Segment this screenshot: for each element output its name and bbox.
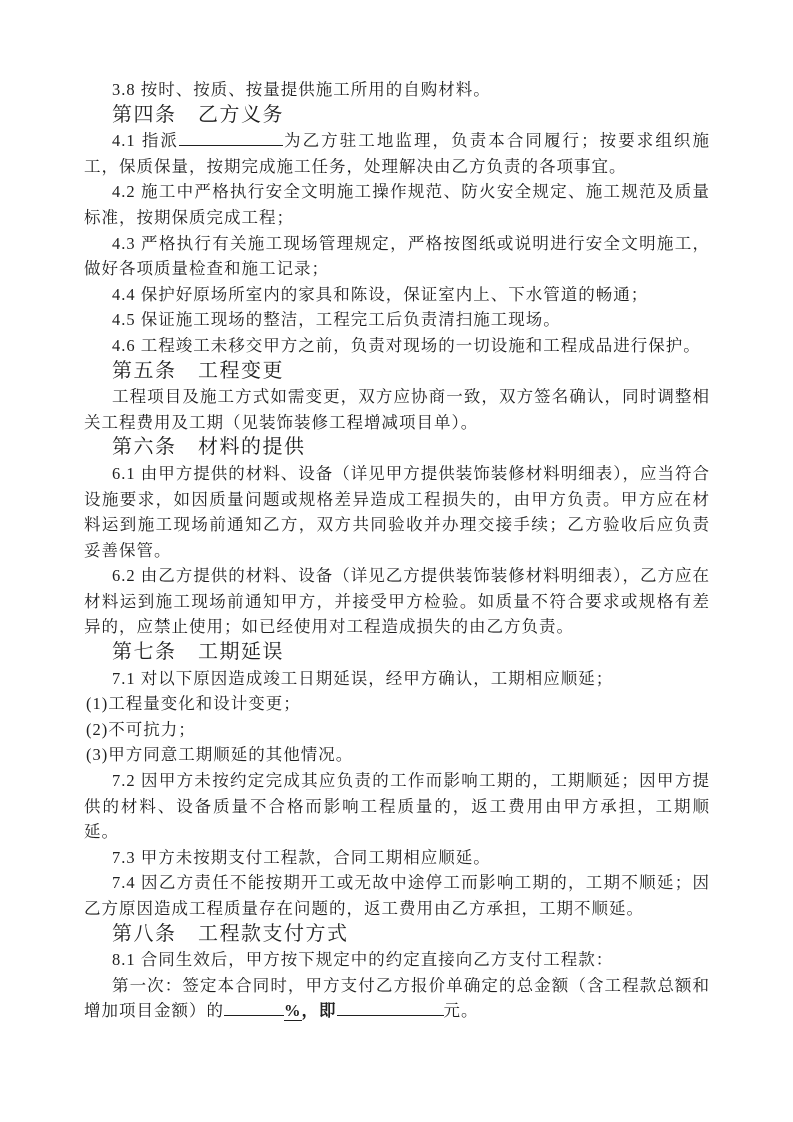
text-segment: 7.4 因乙方责任不能按期开工或无故中途停工而影响工期的，工期不顺延；因乙方原因…	[84, 873, 710, 918]
text-segment: 第八条 工程款支付方式	[112, 923, 349, 945]
text-segment: 4.2 施工中严格执行安全文明施工操作规范、防火安全规定、施工规范及质量标准，按…	[84, 182, 710, 227]
clause-4-1: 4.1 指派为乙方驻工地监理，负责本合同履行；按要求组织施工，保质保量，按期完成…	[84, 128, 710, 179]
clause-4-2: 4.2 施工中严格执行安全文明施工操作规范、防火安全规定、施工规范及质量标准，按…	[84, 179, 710, 230]
heading-article-5: 第五条 工程变更	[84, 359, 710, 385]
fill-in-blank	[224, 999, 284, 1017]
text-segment: (1)工程量变化和设计变更；	[86, 694, 301, 713]
clause-8-1: 8.1 合同生效后，甲方按下规定中的约定直接向乙方支付工程款：	[84, 947, 710, 973]
fill-in-blank	[337, 999, 444, 1017]
clause-8-1-first-payment: 第一次：签定本合同时，甲方支付乙方报价单确定的总金额（含工程款总额和增加项目金额…	[84, 973, 710, 1024]
clause-6-1: 6.1 由甲方提供的材料、设备（详见甲方提供装饰装修材料明细表），应当符合设施要…	[84, 461, 710, 563]
text-segment: 4.1 指派	[112, 131, 179, 150]
text-segment: 6.2 由乙方提供的材料、设备（详见乙方提供装饰装修材料明细表），乙方应在材料运…	[84, 566, 710, 636]
clause-7-4: 7.4 因乙方责任不能按期开工或无故中途停工而影响工期的，工期不顺延；因乙方原因…	[84, 870, 710, 921]
text-segment: 4.6 工程竣工未移交甲方之前，负责对现场的一切设施和工程成品进行保护。	[112, 336, 701, 355]
text-segment: 7.2 因甲方未按约定完成其应负责的工作而影响工期的，工期顺延；因甲方提供的材料…	[84, 771, 710, 841]
text-segment: 工程项目及施工方式如需变更，双方应协商一致，双方签名确认，同时调整相关工程费用及…	[84, 387, 710, 432]
text-segment: (2)不可抗力；	[86, 720, 196, 739]
clause-4-6: 4.6 工程竣工未移交甲方之前，负责对现场的一切设施和工程成品进行保护。	[84, 333, 710, 359]
text-segment: 3.8 按时、按质、按量提供施工所用的自购材料。	[112, 80, 491, 99]
fill-in-blank	[179, 129, 283, 147]
document-body: 3.8 按时、按质、按量提供施工所用的自购材料。第四条 乙方义务4.1 指派为乙…	[0, 0, 793, 1024]
clause-5-body: 工程项目及施工方式如需变更，双方应协商一致，双方签名确认，同时调整相关工程费用及…	[84, 384, 710, 435]
text-segment: 第六条 材料的提供	[112, 436, 306, 458]
text-segment: ，即	[302, 1001, 337, 1020]
heading-article-6: 第六条 材料的提供	[84, 435, 710, 461]
clause-7-1-item-2: (2)不可抗力；	[84, 717, 710, 743]
heading-article-7: 第七条 工期延误	[84, 640, 710, 666]
heading-article-8: 第八条 工程款支付方式	[84, 922, 710, 948]
text-segment: 7.1 对以下原因造成竣工日期延误，经甲方确认，工期相应顺延；	[112, 669, 613, 688]
clause-4-3: 4.3 严格执行有关施工现场管理规定，严格按图纸或说明进行安全文明施工，做好各项…	[84, 231, 710, 282]
clause-6-2: 6.2 由乙方提供的材料、设备（详见乙方提供装饰装修材料明细表），乙方应在材料运…	[84, 563, 710, 640]
text-segment: 第七条 工期延误	[112, 641, 284, 663]
text-segment: 4.4 保护好原场所室内的家具和陈设，保证室内上、下水管道的畅通；	[112, 285, 648, 304]
text-segment: 8.1 合同生效后，甲方按下规定中的约定直接向乙方支付工程款：	[112, 950, 613, 969]
text-segment: 第五条 工程变更	[112, 360, 284, 382]
clause-3-8: 3.8 按时、按质、按量提供施工所用的自购材料。	[84, 77, 710, 103]
clause-7-3: 7.3 甲方未按期支付工程款，合同工期相应顺延。	[84, 845, 710, 871]
clause-7-2: 7.2 因甲方未按约定完成其应负责的工作而影响工期的，工期顺延；因甲方提供的材料…	[84, 768, 710, 845]
clause-7-1-item-1: (1)工程量变化和设计变更；	[84, 691, 710, 717]
text-segment: (3)甲方同意工期顺延的其他情况。	[86, 745, 353, 764]
heading-article-4: 第四条 乙方义务	[84, 103, 710, 129]
text-segment: 元。	[444, 1001, 479, 1020]
text-segment: 6.1 由甲方提供的材料、设备（详见甲方提供装饰装修材料明细表），应当符合设施要…	[84, 464, 710, 560]
document-page: 3.8 按时、按质、按量提供施工所用的自购材料。第四条 乙方义务4.1 指派为乙…	[0, 0, 793, 1122]
text-segment: 第四条 乙方义务	[112, 104, 284, 126]
text-segment: %	[284, 1001, 302, 1021]
clause-7-1-item-3: (3)甲方同意工期顺延的其他情况。	[84, 742, 710, 768]
text-segment: 7.3 甲方未按期支付工程款，合同工期相应顺延。	[112, 848, 491, 867]
text-segment: 4.3 严格执行有关施工现场管理规定，严格按图纸或说明进行安全文明施工，做好各项…	[84, 234, 710, 279]
clause-7-1: 7.1 对以下原因造成竣工日期延误，经甲方确认，工期相应顺延；	[84, 666, 710, 692]
clause-4-5: 4.5 保证施工现场的整洁，工程完工后负责清扫施工现场。	[84, 307, 710, 333]
clause-4-4: 4.4 保护好原场所室内的家具和陈设，保证室内上、下水管道的畅通；	[84, 282, 710, 308]
text-segment: 4.5 保证施工现场的整洁，工程完工后负责清扫施工现场。	[112, 310, 561, 329]
